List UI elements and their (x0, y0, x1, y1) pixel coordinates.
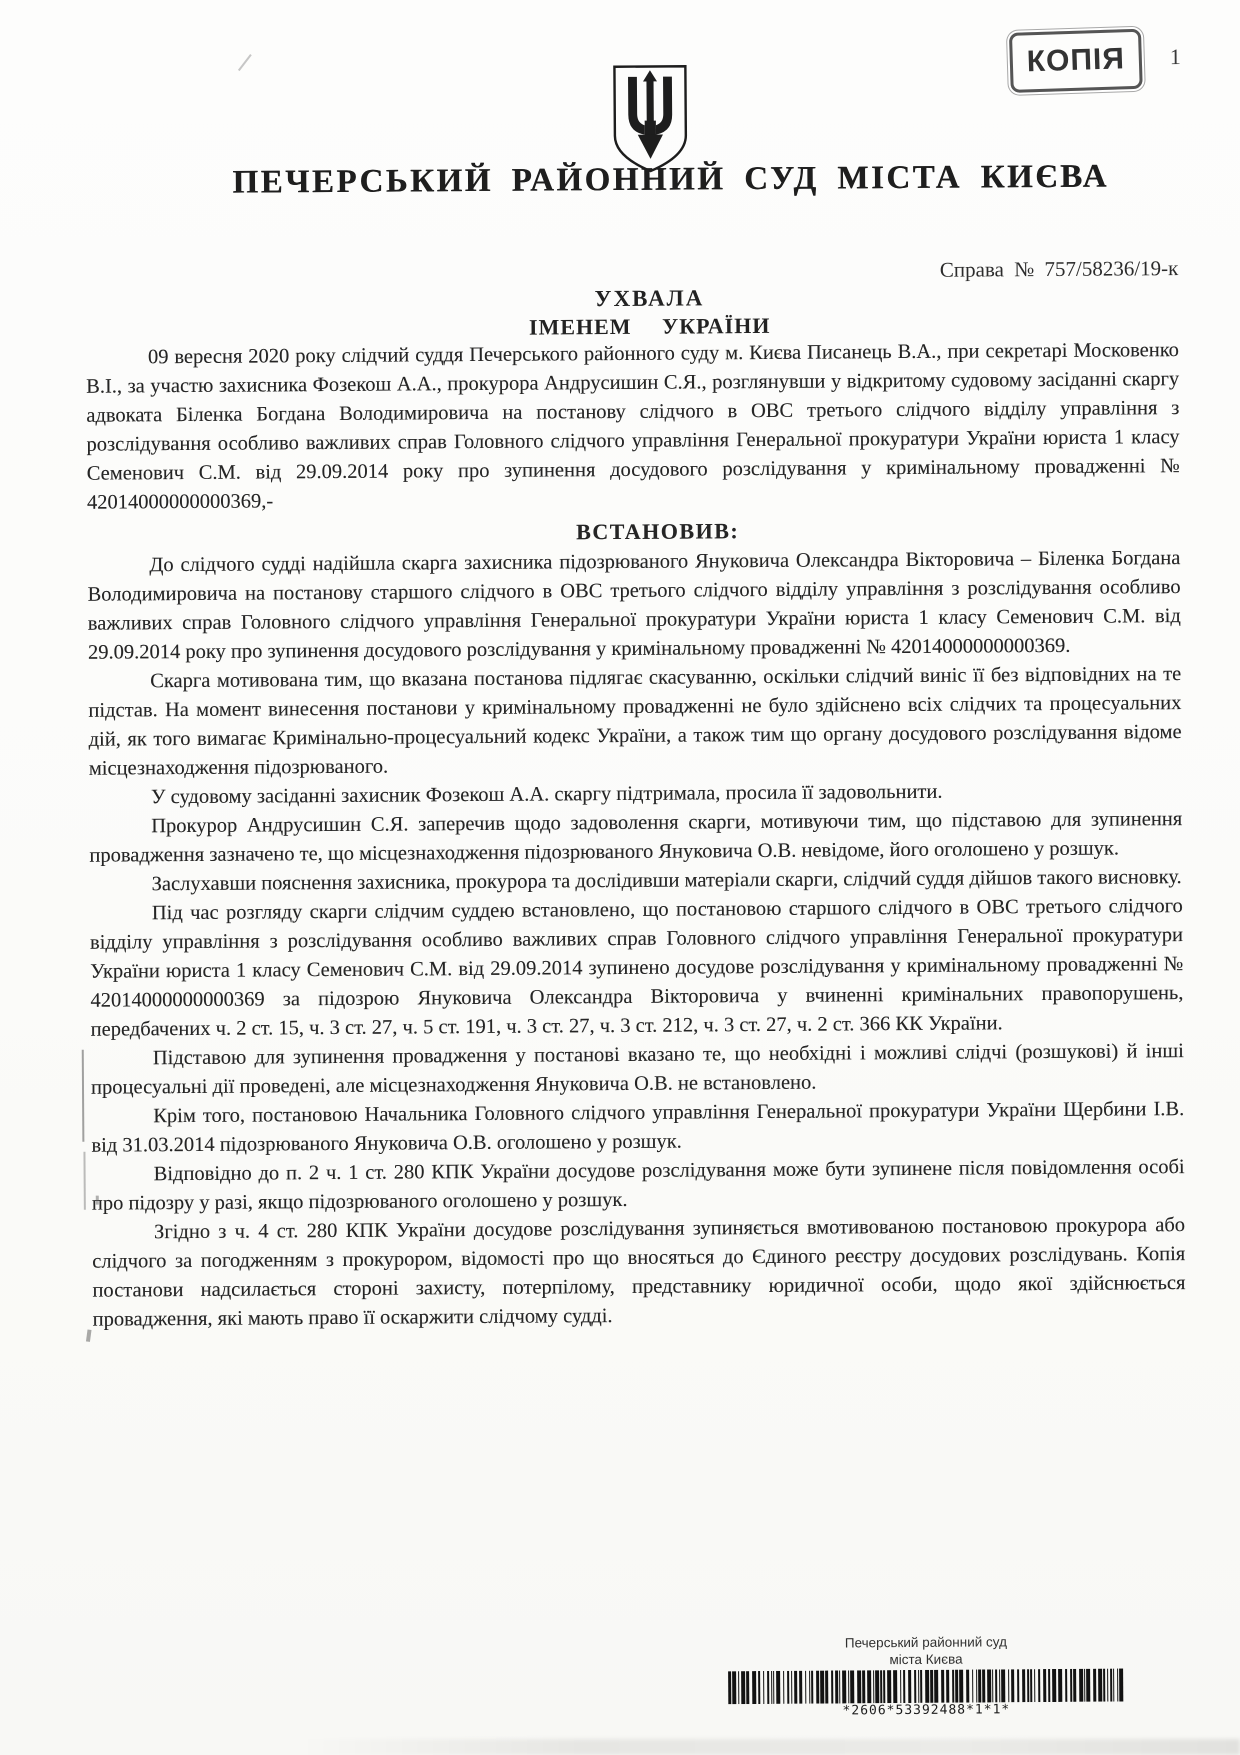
scan-artifact-mark (86, 1329, 92, 1341)
body-paragraph: Підставою для зупинення провадження у по… (91, 1037, 1184, 1103)
intro-paragraph: 09 вересня 2020 року слідчий суддя Печер… (86, 336, 1180, 518)
scan-artifact-mark (96, 1196, 99, 1205)
body-paragraph: Крім того, постановою Начальника Головно… (91, 1095, 1184, 1161)
footer-court-line2: міста Києва (703, 1649, 1149, 1669)
body-paragraph: До слідчого судді надійшла скарга захисн… (87, 544, 1181, 668)
barcode-value: *2606*53392488*1*1* (703, 1701, 1149, 1719)
body-paragraph: Скарга мотивована тим, що вказана постан… (88, 660, 1182, 784)
barcode (724, 1668, 1128, 1704)
document-body: 09 вересня 2020 року слідчий суддя Печер… (0, 336, 1240, 1336)
scan-artifact-mark (238, 54, 252, 71)
body-paragraph: Відповідно до п. 2 ч. 1 ст. 280 КПК Укра… (92, 1153, 1185, 1219)
copy-stamp: КОПІЯ (1009, 29, 1143, 93)
scan-artifact-line (83, 1152, 85, 1210)
body-paragraph: Згідно з ч. 4 ст. 280 КПК України досудо… (92, 1211, 1186, 1335)
scan-smudge (300, 1739, 1240, 1755)
scanned-court-document-page: КОПІЯ 1 ПЕЧЕРСЬКИЙ РАЙОННИЙ СУД МІСТА КИ… (0, 0, 1240, 1755)
scan-tilt-wrapper: КОПІЯ 1 ПЕЧЕРСЬКИЙ РАЙОННИЙ СУД МІСТА КИ… (0, 0, 1240, 1755)
page-number: 1 (1170, 44, 1181, 70)
copy-stamp-label: КОПІЯ (1026, 42, 1125, 79)
body-paragraph: Під час розгляду скарги слідчим суддею в… (90, 892, 1184, 1045)
court-name-heading: ПЕЧЕРСЬКИЙ РАЙОННИЙ СУД МІСТА КИЄВА (51, 157, 1240, 203)
court-barcode-block: Печерський районний суд міста Києва *260… (703, 1632, 1150, 1719)
ukraine-trident-emblem-icon (608, 61, 693, 176)
established-heading: ВСТАНОВИВ: (111, 513, 1204, 550)
body-paragraph: Прокурор Андрусишин С.Я. заперечив щодо … (89, 805, 1182, 871)
